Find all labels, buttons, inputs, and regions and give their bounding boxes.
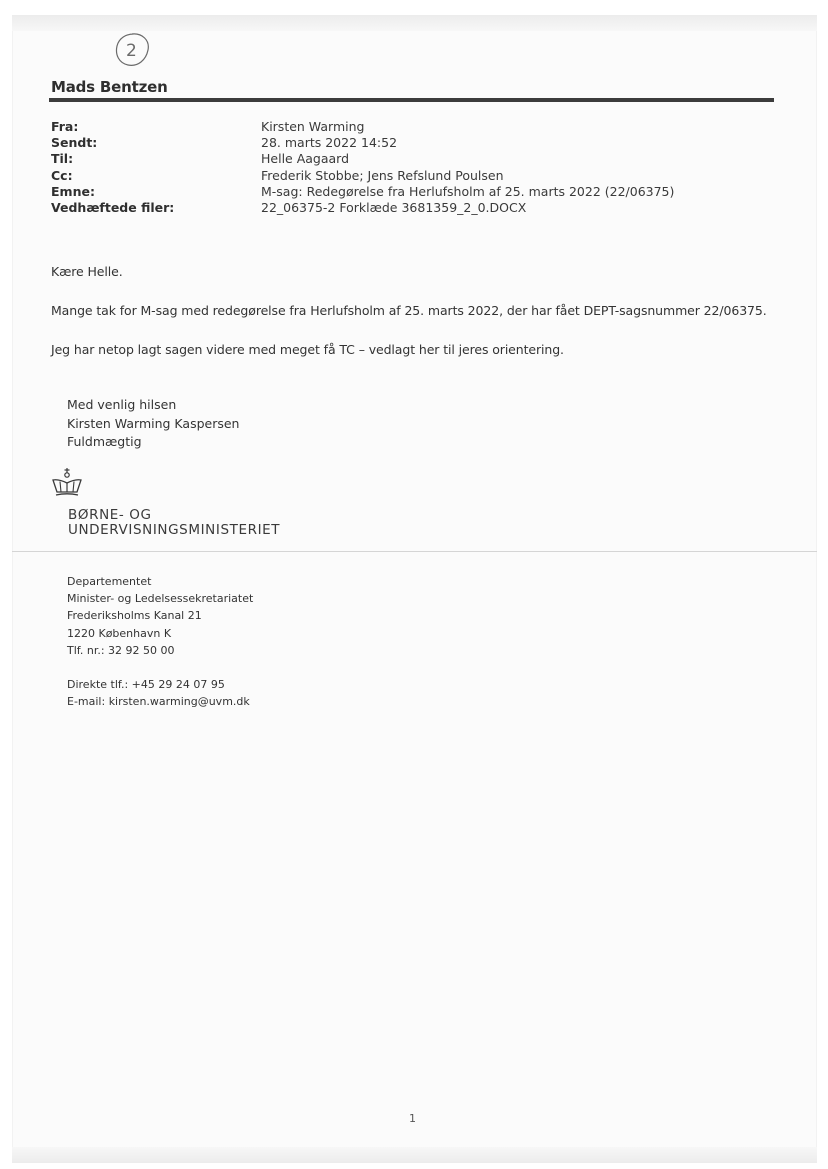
signature-closing: Med venlig hilsen xyxy=(67,396,239,415)
header-value-to: Helle Aagaard xyxy=(261,151,349,167)
header-label: Fra: xyxy=(51,119,261,135)
scan-edge-top xyxy=(12,15,817,31)
header-label: Vedhæftede filer: xyxy=(51,200,261,216)
ministry-name-line1: BØRNE- OG xyxy=(68,508,280,523)
header-row-attachments: Vedhæftede filer: 22_06375-2 Forklæde 36… xyxy=(51,200,674,216)
page-number: 1 xyxy=(409,1112,416,1125)
address-department: Departementet xyxy=(67,573,253,590)
header-value-from: Kirsten Warming xyxy=(261,119,364,135)
header-rule xyxy=(49,98,774,102)
signature-title: Fuldmægtig xyxy=(67,433,239,452)
header-label: Emne: xyxy=(51,184,261,200)
header-value-sent: 28. marts 2022 14:52 xyxy=(261,135,397,151)
header-row-cc: Cc: Frederik Stobbe; Jens Refslund Pouls… xyxy=(51,168,674,184)
royal-crown-icon xyxy=(49,468,85,498)
email-greeting: Kære Helle. xyxy=(51,264,123,279)
handwritten-page-mark: 2 xyxy=(112,30,152,70)
header-value-cc: Frederik Stobbe; Jens Refslund Poulsen xyxy=(261,168,504,184)
header-row-subject: Emne: M-sag: Redegørelse fra Herlufsholm… xyxy=(51,184,674,200)
header-row-to: Til: Helle Aagaard xyxy=(51,151,674,167)
header-value-subject: M-sag: Redegørelse fra Herlufsholm af 25… xyxy=(261,184,674,200)
email-paragraph: Mange tak for M-sag med redegørelse fra … xyxy=(51,303,767,318)
header-row-sent: Sendt: 28. marts 2022 14:52 xyxy=(51,135,674,151)
address-street: Frederiksholms Kanal 21 xyxy=(67,607,253,624)
svg-text:2: 2 xyxy=(126,41,137,61)
email-signature: Med venlig hilsen Kirsten Warming Kasper… xyxy=(67,396,239,452)
mailbox-owner-name: Mads Bentzen xyxy=(51,78,168,96)
signature-name: Kirsten Warming Kaspersen xyxy=(67,415,239,434)
signature-divider xyxy=(12,551,817,552)
header-label: Til: xyxy=(51,151,261,167)
address-spacer xyxy=(67,659,253,676)
header-label: Cc: xyxy=(51,168,261,184)
address-direct-phone: Direkte tlf.: +45 29 24 07 95 xyxy=(67,676,253,693)
ministry-name-line2: UNDERVISNINGSMINISTERIET xyxy=(68,523,280,538)
address-unit: Minister- og Ledelsessekretariatet xyxy=(67,590,253,607)
handwritten-circle-icon: 2 xyxy=(112,30,152,70)
address-block: Departementet Minister- og Ledelsessekre… xyxy=(67,573,253,710)
address-phone: Tlf. nr.: 32 92 50 00 xyxy=(67,642,253,659)
email-paragraph: Jeg har netop lagt sagen videre med mege… xyxy=(51,342,564,357)
address-city: 1220 København K xyxy=(67,625,253,642)
header-label: Sendt: xyxy=(51,135,261,151)
address-email: E-mail: kirsten.warming@uvm.dk xyxy=(67,693,253,710)
email-header: Fra: Kirsten Warming Sendt: 28. marts 20… xyxy=(51,119,674,216)
ministry-name: BØRNE- OG UNDERVISNINGSMINISTERIET xyxy=(68,508,280,538)
header-row-from: Fra: Kirsten Warming xyxy=(51,119,674,135)
header-value-attachments: 22_06375-2 Forklæde 3681359_2_0.DOCX xyxy=(261,200,526,216)
scan-edge-bottom xyxy=(12,1147,817,1163)
